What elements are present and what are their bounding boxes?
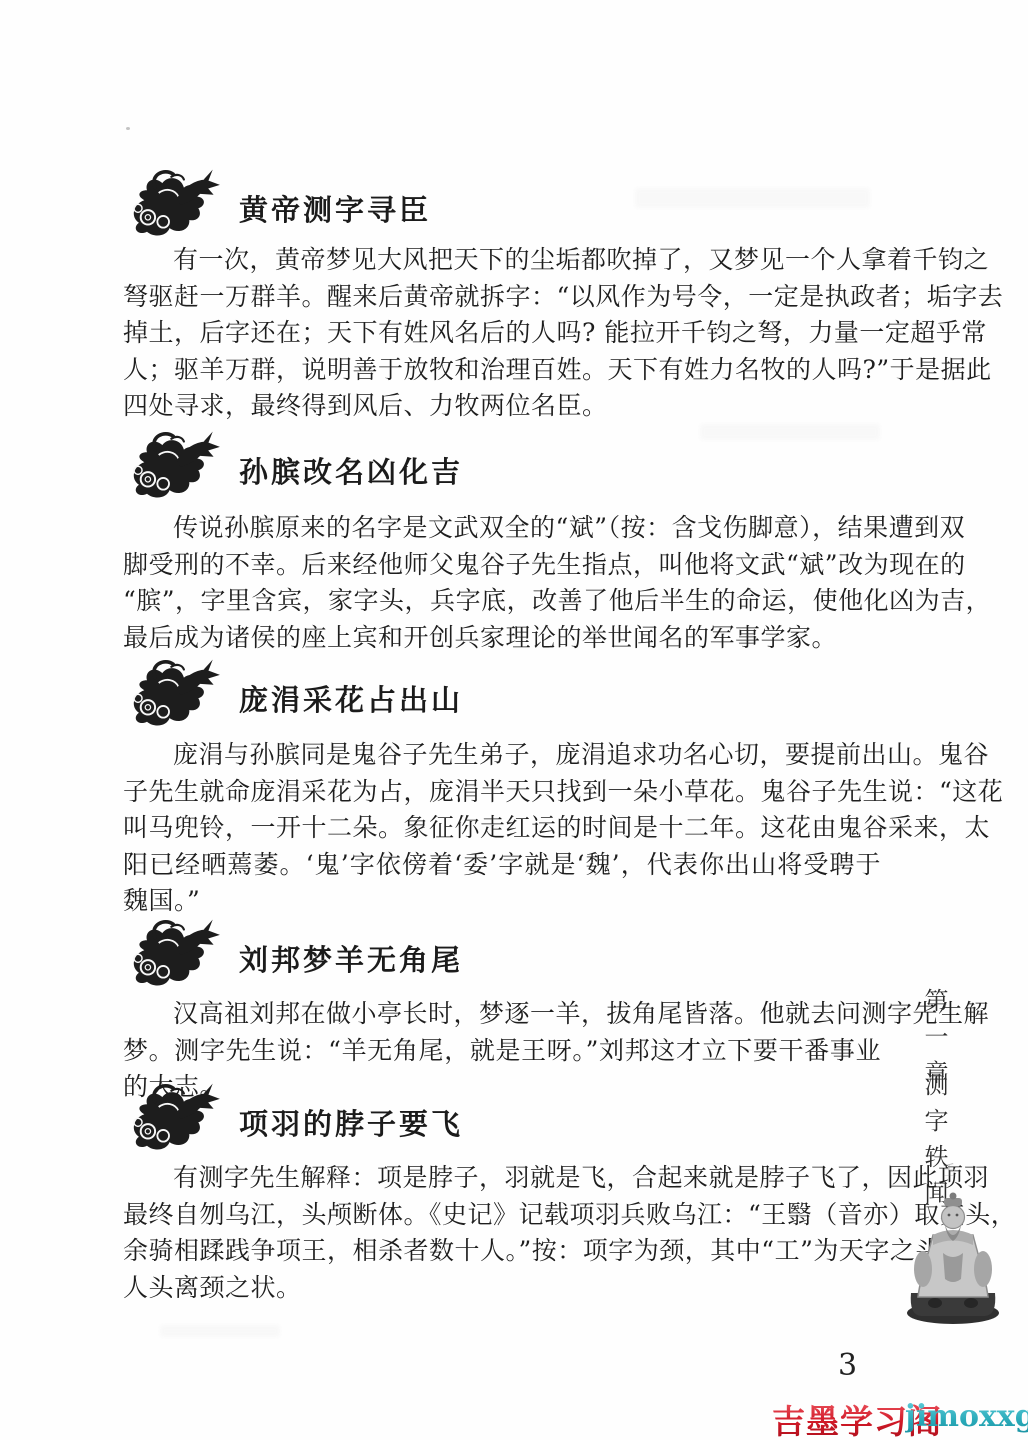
section-heading-2: 孙膑改名凶化吉 (121, 428, 463, 500)
section-title: 刘邦梦羊无角尾 (239, 938, 463, 979)
section-heading-5: 项羽的脖子要飞 (121, 1080, 463, 1152)
text-line: 余骑相蹂践争项王，相杀者数十人。”按：项字为颈，其中“工”为天字之头， (123, 1233, 881, 1270)
dragon-ornament-icon (121, 916, 227, 988)
text-line: 有测字先生解释：项是脖子，羽就是飞，合起来就是脖子飞了，因此项羽 (123, 1160, 881, 1197)
section-title: 孙膑改名凶化吉 (239, 450, 463, 491)
dragon-ornament-icon (121, 656, 227, 728)
section-paragraph-3: 庞涓与孙膑同是鬼谷子先生弟子，庞涓追求功名心切，要提前出山。鬼谷 子先生就命庞涓… (123, 737, 881, 920)
section-title: 项羽的脖子要飞 (239, 1102, 463, 1143)
dragon-ornament-icon (121, 166, 227, 238)
text-line: “膑”，字里含宾，家字头，兵字底，改善了他后半生的命运，使他化凶为吉， (123, 583, 881, 620)
section-heading-4: 刘邦梦羊无角尾 (121, 916, 463, 988)
dragon-ornament-icon (121, 428, 227, 500)
text-line: 有一次，黄帝梦见大风把天下的尘垢都吹掉了，又梦见一个人拿着千钧之 (123, 242, 881, 279)
bleedthrough-smudge (635, 188, 870, 208)
text-line: 叫马兜铃，一开十二朵。象征你走红运的时间是十二年。这花由鬼谷采来，太 (123, 810, 881, 847)
section-heading-3: 庞涓采花占出山 (121, 656, 463, 728)
section-paragraph-1: 有一次，黄帝梦见大风把天下的尘垢都吹掉了，又梦见一个人拿着千钧之 弩驱赶一万群羊… (123, 242, 881, 425)
text-line: 阳已经晒蔫萎。‘鬼’字依傍着‘委’字就是‘魏’，代表你出山将受聘于 (123, 847, 881, 884)
text-line: 传说孙膑原来的名字是文武双全的“斌”（按：含戈伤脚意），结果遭到双 (123, 510, 881, 547)
deity-statue-image (893, 1183, 1013, 1325)
text-line: 庞涓与孙膑同是鬼谷子先生弟子，庞涓追求功名心切，要提前出山。鬼谷 (123, 737, 881, 774)
bleedthrough-smudge (160, 1325, 280, 1337)
section-title: 庞涓采花占出山 (239, 678, 463, 719)
watermark-site-url: jimoxxg.com (905, 1399, 1028, 1434)
text-line: 魏国。” (123, 883, 881, 920)
section-title: 黄帝测字寻臣 (239, 188, 431, 229)
section-paragraph-5: 有测字先生解释：项是脖子，羽就是飞，合起来就是脖子飞了，因此项羽 最终自刎乌江，… (123, 1160, 881, 1306)
text-line: 弩驱赶一万群羊。醒来后黄帝就拆字：“以风作为号令，一定是执政者；垢字去 (123, 279, 881, 316)
section-heading-1: 黄帝测字寻臣 (121, 166, 431, 238)
dragon-ornament-icon (121, 1080, 227, 1152)
scan-speck (126, 127, 130, 130)
text-line: 人；驱羊万群，说明善于放牧和治理百姓。天下有姓力名牧的人吗?”于是据此 (123, 352, 881, 389)
text-line: 最后成为诸侯的座上宾和开创兵家理论的举世闻名的军事学家。 (123, 620, 881, 657)
seal-mark: 壬 (942, 1160, 956, 1180)
section-paragraph-2: 传说孙膑原来的名字是文武双全的“斌”（按：含戈伤脚意），结果遭到双 脚受刑的不幸… (123, 510, 881, 656)
bleedthrough-smudge (700, 424, 880, 440)
text-line: 四处寻求，最终得到风后、力牧两位名臣。 (123, 388, 881, 425)
text-line: 汉高祖刘邦在做小亭长时，梦逐一羊，拔角尾皆落。他就去问测字先生解 (123, 996, 881, 1033)
text-line: 人头离颈之状。 (123, 1270, 881, 1307)
book-page: 黄帝测字寻臣 有一次，黄帝梦见大风把天下的尘垢都吹掉了，又梦见一个人拿着千钧之 … (0, 0, 1028, 1440)
page-number: 3 (838, 1348, 857, 1383)
text-line: 子先生就命庞涓采花为占，庞涓半天只找到一朵小草花。鬼谷子先生说：“这花 (123, 774, 881, 811)
text-line: 脚受刑的不幸。后来经他师父鬼谷子先生指点，叫他将文武“斌”改为现在的 (123, 547, 881, 584)
text-line: 掉土，后字还在；天下有姓风名后的人吗? 能拉开千钧之弩，力量一定超乎常 (123, 315, 881, 352)
text-line: 最终自刎乌江，头颅断体。《史记》记载项羽兵败乌江：“王翳（音亦）取其头， (123, 1197, 881, 1234)
